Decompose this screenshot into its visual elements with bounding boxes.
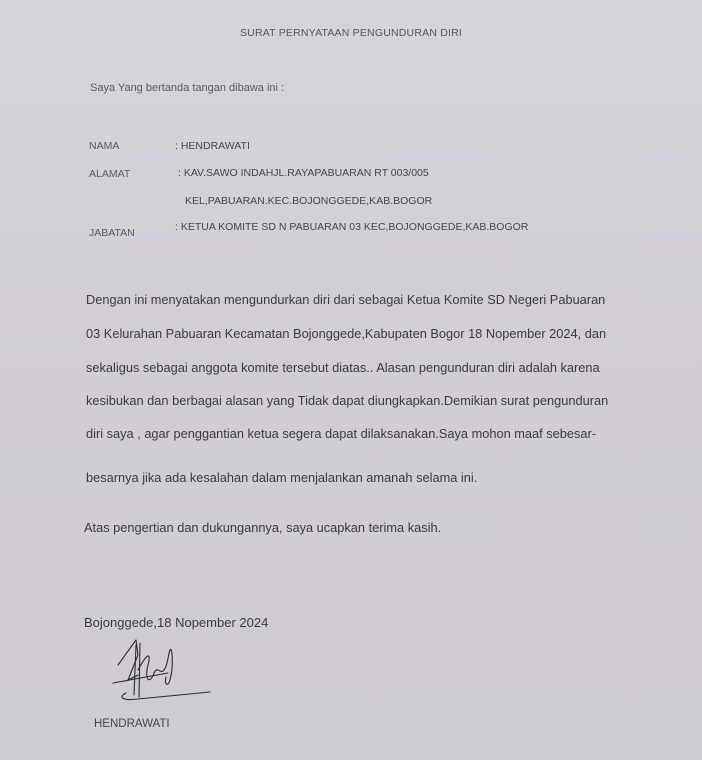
body-line: 03 Kelurahan Pabuaran Kecamatan Bojongge… — [86, 326, 606, 341]
body-line: diri saya , agar penggantian ketua seger… — [86, 426, 596, 441]
nama-label: NAMA — [89, 140, 119, 152]
body-line: sekaligus sebagai anggota komite tersebu… — [86, 360, 600, 375]
alamat-value-line1: : KAV.SAWO INDAHJL.RAYAPABUARAN RT 003/0… — [178, 167, 429, 179]
signature-icon — [108, 635, 218, 710]
intro-text: Saya Yang bertanda tangan dibawa ini : — [90, 82, 284, 94]
letter-title: SURAT PERNYATAAN PENGUNDURAN DIRI — [0, 27, 702, 39]
body-line: besarnya jika ada kesalahan dalam menjal… — [86, 470, 477, 485]
closing-text: Atas pengertian dan dukungannya, saya uc… — [84, 520, 441, 535]
jabatan-label: JABATAN — [89, 227, 135, 239]
body-line: Dengan ini menyatakan mengundurkan diri … — [86, 292, 605, 307]
jabatan-value: : KETUA KOMITE SD N PABUARAN 03 KEC,BOJO… — [175, 221, 528, 233]
signer-name: HENDRAWATI — [94, 718, 170, 730]
alamat-value-line2: KEL,PABUARAN.KEC.BOJONGGEDE,KAB.BOGOR — [185, 195, 432, 207]
nama-value: : HENDRAWATI — [175, 140, 250, 152]
alamat-label: ALAMAT — [89, 168, 130, 180]
letter-page: SURAT PERNYATAAN PENGUNDURAN DIRI Saya Y… — [0, 0, 702, 760]
place-date: Bojonggede,18 Nopember 2024 — [84, 615, 268, 630]
body-line: kesibukan dan berbagai alasan yang Tidak… — [86, 393, 608, 408]
